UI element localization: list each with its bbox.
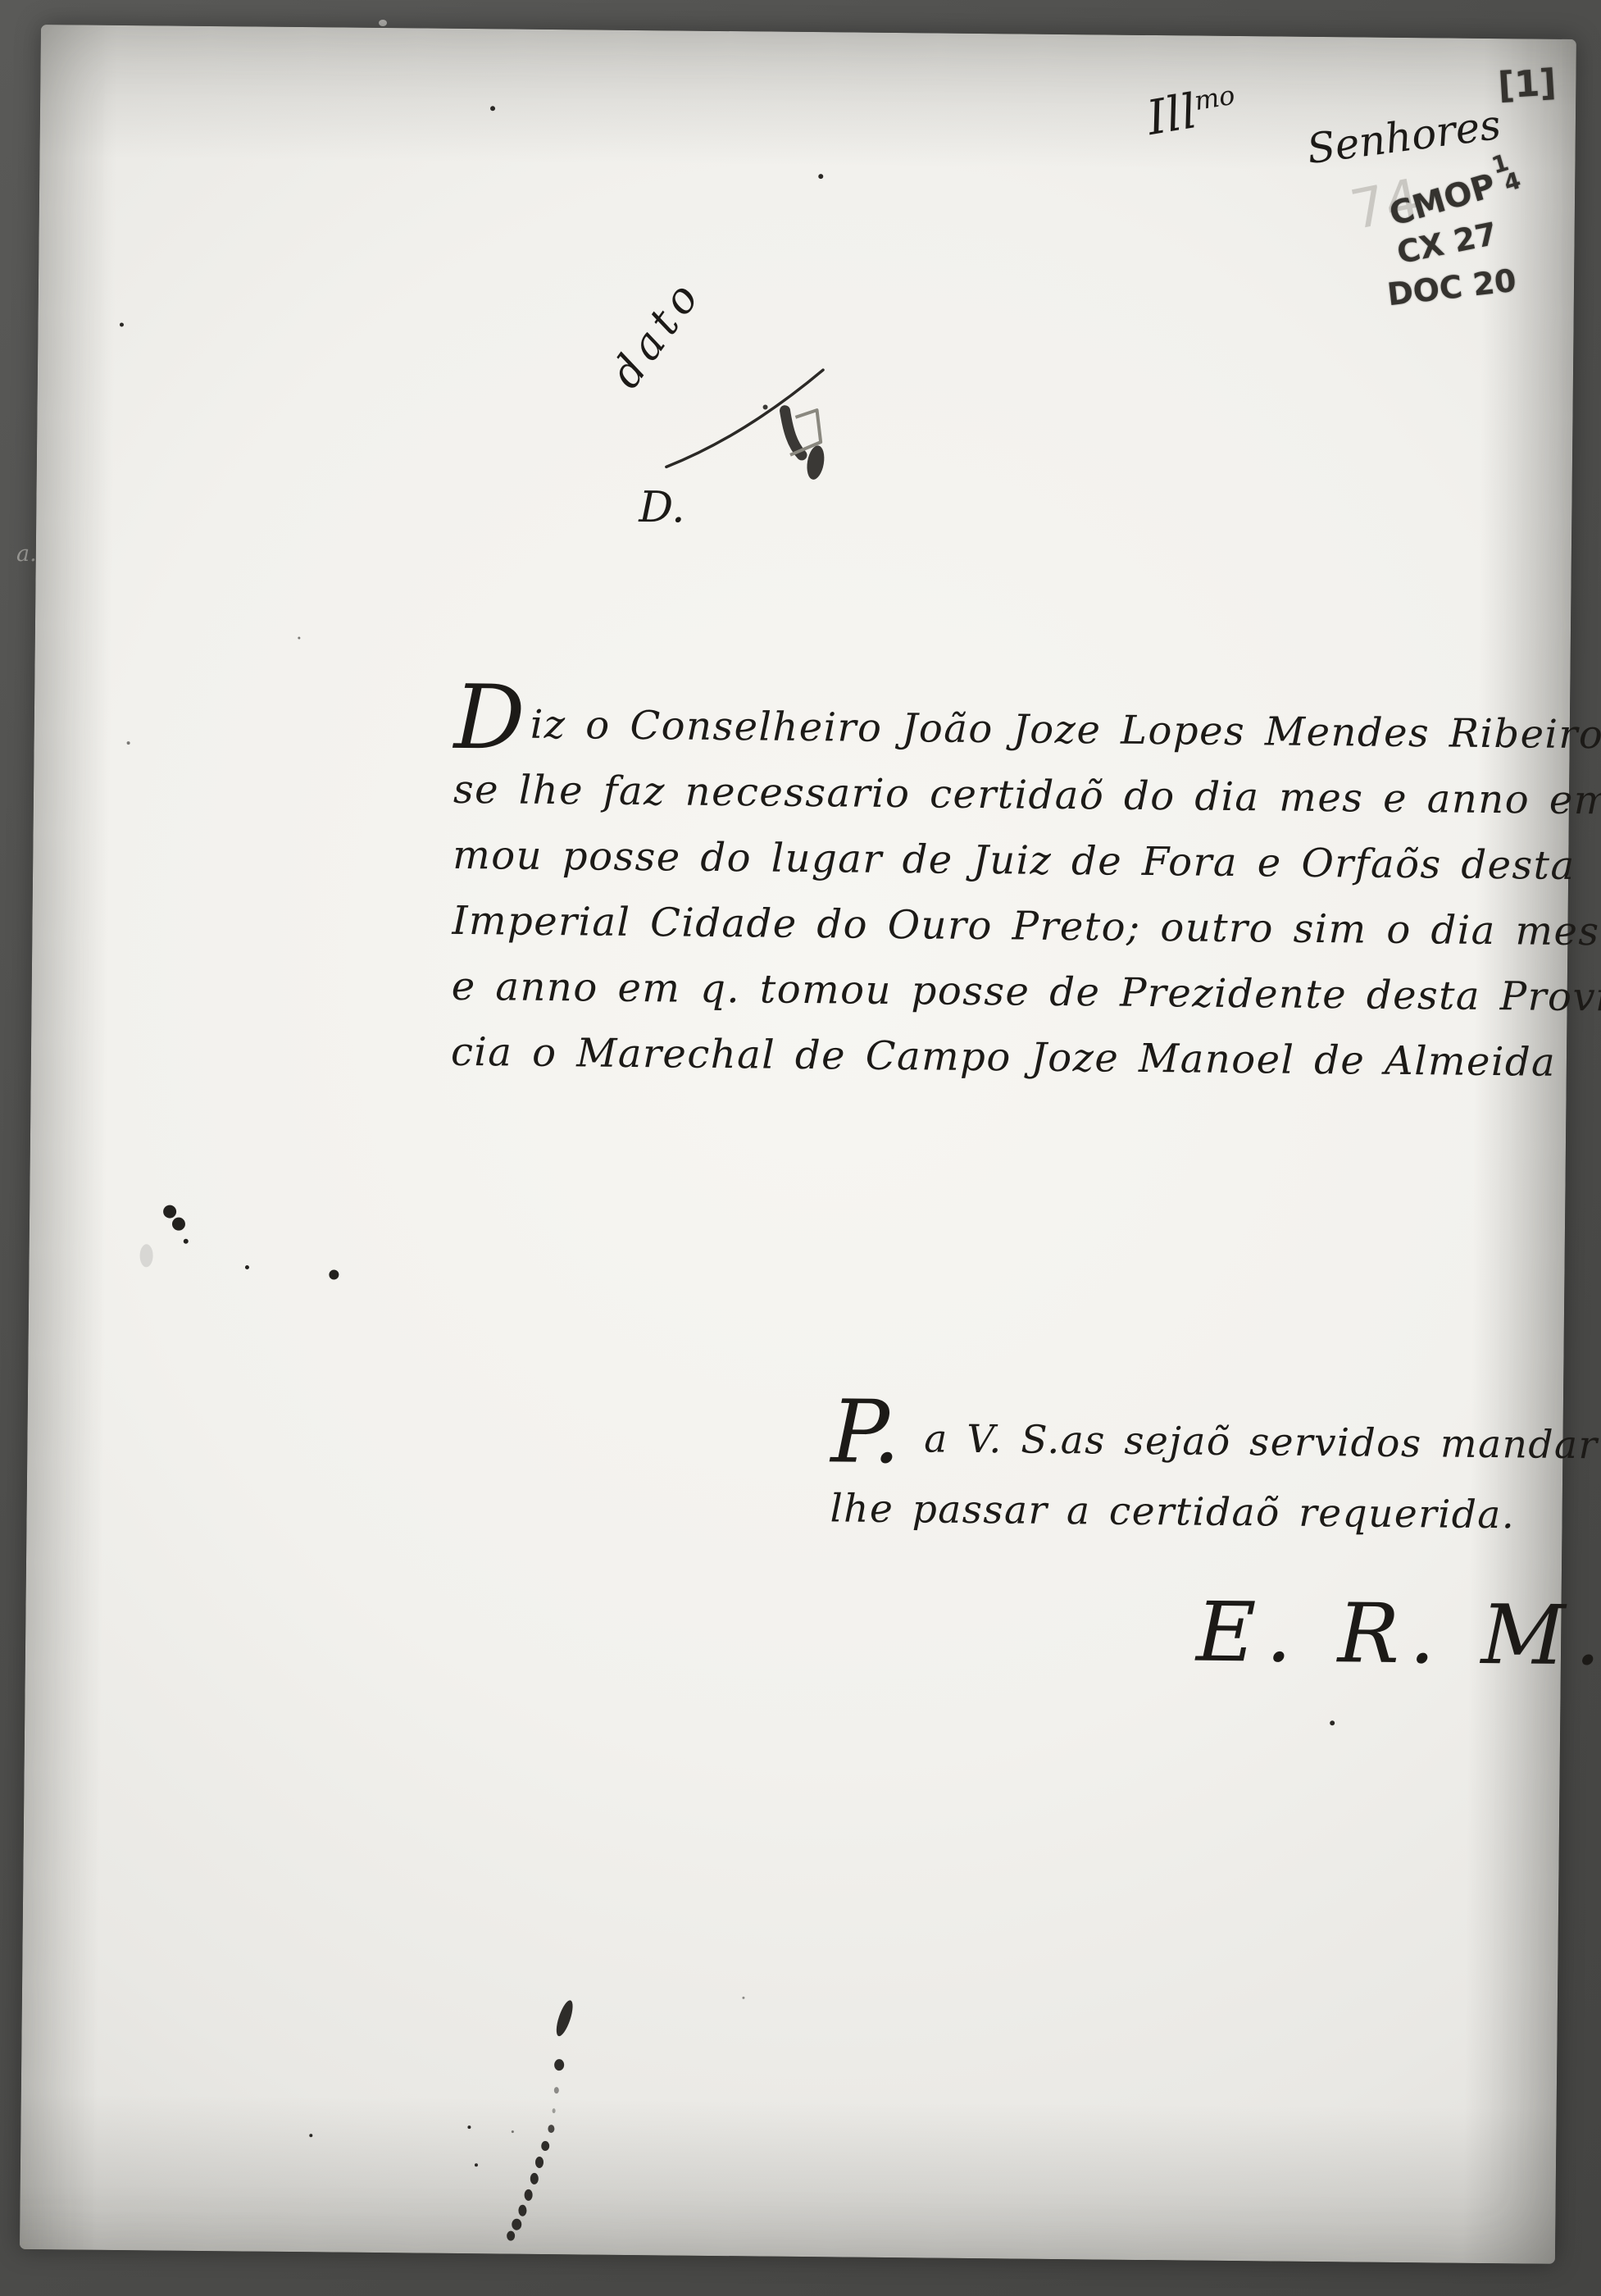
petition-paragraph: P. a V. S.as sejaõ servidos mandar lhe p… [830, 1403, 1599, 1551]
ink-speck-cluster [139, 1205, 339, 1279]
salutation-senhores: Senhores [1304, 101, 1503, 173]
ink-blot-figure [762, 404, 827, 481]
petition-line: lhe passar a certidaõ requerida. [830, 1474, 1598, 1551]
body-line: cia o Marechal de Campo Joze Manoel de A… [451, 1019, 1601, 1097]
body-paragraph: Diz o Conselheiro João Joze Lopes Mendes… [451, 691, 1601, 1097]
scan-backdrop: a. Illmo Senhores [1] 74 CMOP14 CX 27 DO… [0, 0, 1601, 2296]
edge-mark: a. [16, 541, 37, 567]
closing-formula: E. R. M. [1196, 1584, 1601, 1684]
document-scan: { "document": { "kind": "Manuscript peti… [0, 0, 1601, 2296]
body-line: Imperial Cidade do Ouro Preto; outro sim… [452, 888, 1601, 966]
margin-note-slash [666, 368, 823, 468]
paper-specks [102, 102, 1350, 2175]
body-line: mou posse do lugar de Juiz de Fora e Orf… [453, 822, 1601, 900]
paper-page: Illmo Senhores [1] 74 CMOP14 CX 27 DOC 2… [20, 25, 1576, 2264]
page-number: [1] [1497, 61, 1558, 107]
petition-line: P. a V. S.as sejaõ servidos mandar [830, 1403, 1599, 1481]
ink-trail [507, 1998, 576, 2242]
body-line: se lhe faz necessario certidaõ do dia me… [453, 757, 1601, 835]
fund-fraction-den: 4 [1502, 171, 1522, 193]
body-line: Diz o Conselheiro João Joze Lopes Mendes… [453, 691, 1601, 769]
salutation-abbrev-sup: mo [1192, 80, 1237, 117]
border-white-speck [379, 20, 387, 26]
ink-marks-overlay [20, 25, 1576, 2264]
margin-note-initial: D. [639, 483, 685, 533]
salutation-illmo: Illmo [1143, 76, 1240, 146]
salutation-abbrev: Ill [1143, 83, 1200, 146]
body-line: e anno em q. tomou posse de Prezidente d… [451, 954, 1601, 1032]
margin-note-word: dato [601, 270, 712, 398]
